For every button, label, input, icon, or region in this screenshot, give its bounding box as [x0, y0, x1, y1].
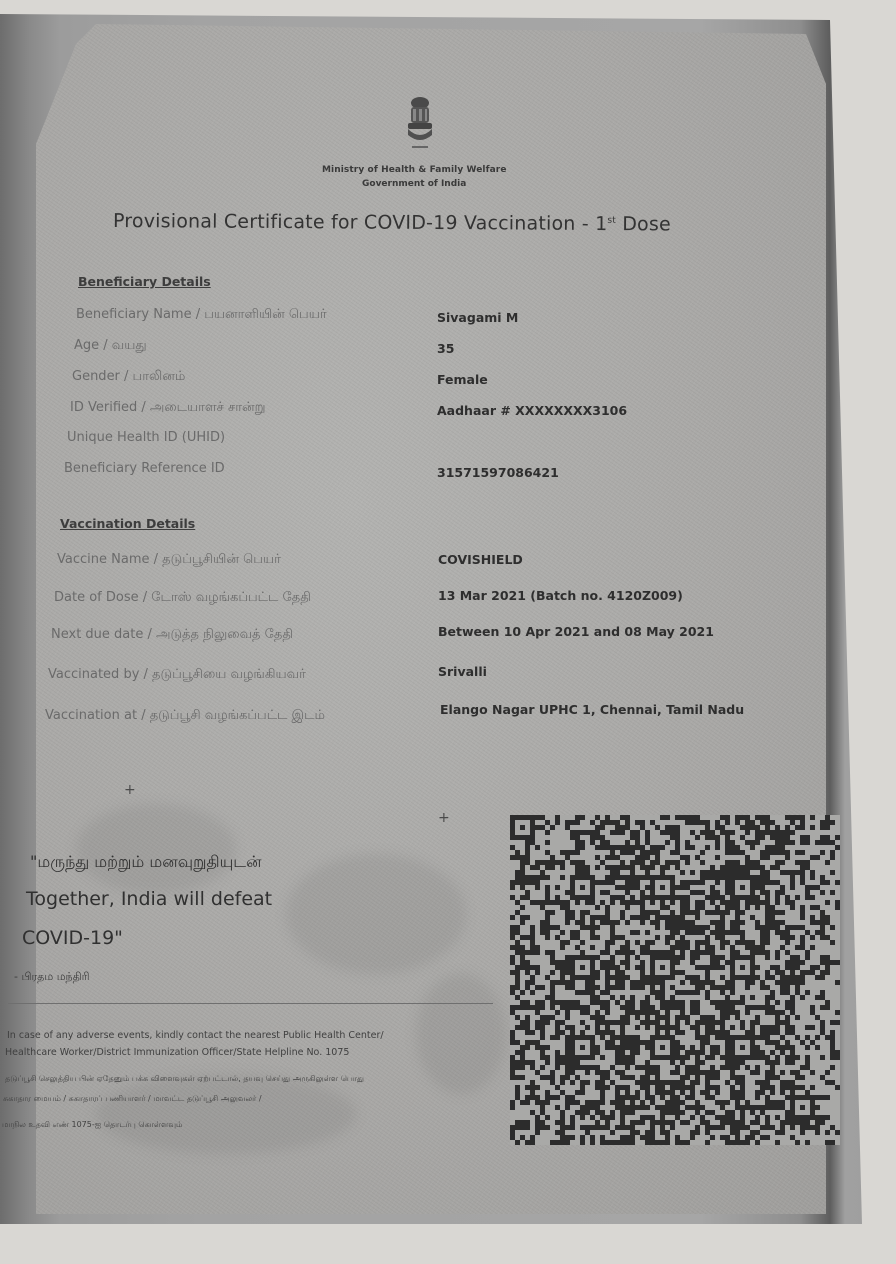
certificate-title: Provisional Certificate for COVID-19 Vac…: [113, 210, 671, 235]
quote-english-line1: Together, India will defeat: [26, 888, 272, 910]
vaccinated-by-label: Vaccinated by / தடுப்பூசியை வழங்கியவர்: [48, 667, 306, 683]
ministry-name: Ministry of Health & Family Welfare: [322, 165, 507, 175]
next-due-date-label: Next due date / அடுத்த நிலுவைத் தேதி: [51, 627, 293, 643]
beneficiary-reference-id-value: 31571597086421: [437, 465, 559, 480]
vaccination-at-label: Vaccination at / தடுப்பூசி வழங்கப்பட்ட இ…: [45, 708, 325, 724]
adverse-events-tamil-line3: மாநில உதவி எண் 1075-ஐ தொடர்பு கொள்ளவும்: [2, 1120, 182, 1130]
adverse-events-tamil-line2: சுகாதார மையம் / சுகாதாரப் பணியாளர் / மாவ…: [3, 1094, 262, 1104]
quote-tamil: "மருந்து மற்றும் மனவுறுதியுடன்: [30, 852, 262, 873]
beneficiary-details-heading: Beneficiary Details: [78, 274, 211, 289]
id-verified-label: ID Verified / அடையாளச் சான்று: [70, 400, 265, 416]
gender-value: Female: [437, 372, 488, 387]
vaccinated-by-value: Srivalli: [438, 664, 487, 679]
beneficiary-name-value: Sivagami M: [437, 310, 518, 325]
vaccination-at-value: Elango Nagar UPHC 1, Chennai, Tamil Nadu: [440, 702, 744, 717]
uhid-label: Unique Health ID (UHID): [67, 430, 225, 445]
beneficiary-name-label: Beneficiary Name / பயனாளியின் பெயர்: [76, 307, 327, 323]
government-name: Government of India: [362, 179, 466, 189]
vaccine-name-label: Vaccine Name / தடுப்பூசியின் பெயர்: [57, 552, 281, 568]
quote-attribution: - பிரதம மந்திரி: [14, 970, 90, 985]
scan-artifact-mark: +: [124, 782, 136, 798]
id-verified-value: Aadhaar # XXXXXXXX3106: [437, 403, 627, 418]
vaccine-name-value: COVISHIELD: [438, 552, 523, 567]
adverse-events-english-line1: In case of any adverse events, kindly co…: [7, 1030, 384, 1041]
date-of-dose-label: Date of Dose / டோஸ் வழங்கப்பட்ட தேதி: [54, 590, 311, 606]
adverse-events-english-line2: Healthcare Worker/District Immunization …: [5, 1047, 349, 1058]
national-emblem-icon: [400, 95, 440, 157]
scan-artifact-mark: +: [438, 810, 450, 826]
qr-code-icon[interactable]: [510, 814, 840, 1146]
age-label: Age / வயது: [74, 338, 147, 354]
date-of-dose-value: 13 Mar 2021 (Batch no. 4120Z009): [438, 588, 683, 603]
age-value: 35: [437, 341, 454, 356]
quote-english-line2: COVID-19": [22, 927, 123, 949]
beneficiary-reference-id-label: Beneficiary Reference ID: [64, 461, 225, 476]
footer-divider: [8, 1003, 493, 1004]
vaccination-details-heading: Vaccination Details: [60, 516, 195, 531]
next-due-date-value: Between 10 Apr 2021 and 08 May 2021: [438, 624, 714, 639]
adverse-events-tamil-line1: தடுப்பூசி செலுத்திய பின் ஏதேனும் பக்க வி…: [5, 1074, 364, 1084]
gender-label: Gender / பாலினம்: [72, 369, 185, 385]
